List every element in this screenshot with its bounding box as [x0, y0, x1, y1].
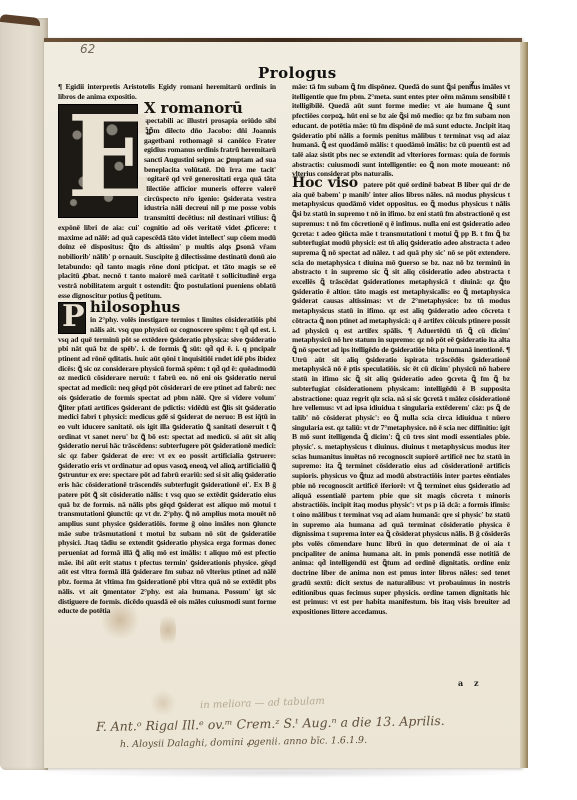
page-top-edge: [44, 38, 522, 42]
initial-letter: P: [62, 300, 84, 334]
foxing-stain: [150, 690, 176, 716]
text-column-left: ¶ Egidii interpretis Aristotelis Egidy r…: [58, 82, 276, 672]
signature-mark-bottom: a z: [458, 678, 483, 688]
initial-letter: E: [67, 99, 152, 217]
hoc-viso-heading: Hoc viso: [292, 175, 358, 191]
book-photograph: 62 Prologus z ¶ Egidii interpretis Arist…: [0, 0, 577, 800]
decorated-initial-p: P: [58, 302, 86, 334]
running-head: Prologus: [258, 64, 337, 82]
page-fore-edge: [520, 42, 528, 768]
commentary-continuation: māe: tā fm subam ꝗ̄ fm dispōnez. Quedā d…: [292, 82, 510, 179]
commentary-paragraph-2: patere pōt quē ordinē babeat B liber qui…: [292, 180, 510, 616]
book-shadow: [40, 768, 530, 778]
binding-edge: [0, 18, 48, 770]
handwritten-folio-number: 62: [80, 42, 95, 56]
philosophus-heading: hilosophus: [90, 298, 180, 316]
opening-word: X romanorū: [144, 99, 243, 117]
decorated-initial-e: E: [58, 104, 138, 218]
text-column-right: māe: tā fm subam ꝗ̄ fm dispōnez. Quedā d…: [292, 82, 510, 672]
commentary-paragraph: in 2°phy. volēs inestigare termios t lim…: [58, 315, 276, 616]
